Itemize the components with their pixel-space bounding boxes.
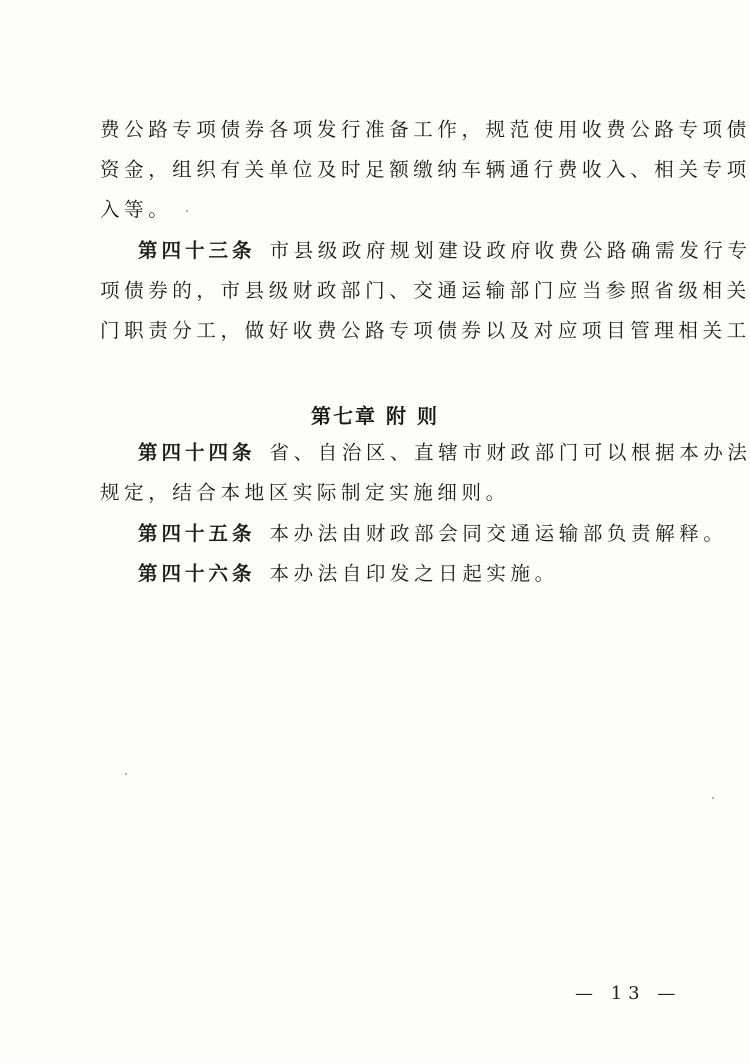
article-46: 第四十六条本办法自印发之日起实施。 (138, 562, 680, 586)
paragraph-line: 规定，结合本地区实际制定实施细则。 (100, 481, 680, 505)
paragraph-line: 资金，组织有关单位及时足额缴纳车辆通行费收入、相关专项收 (100, 158, 680, 182)
paragraph-line: 费公路专项债券各项发行准备工作，规范使用收费公路专项债券 (100, 118, 680, 142)
article-label: 第四十五条 (138, 522, 256, 545)
page-number: — 13 — (575, 983, 681, 1004)
article-text: 本办法自印发之日起实施。 (270, 562, 559, 585)
article-text: 市县级政府规划建设政府收费公路确需发行专 (270, 239, 750, 262)
article-label: 第四十三条 (138, 239, 256, 262)
chapter-title: 第七章 附 则 (0, 400, 750, 429)
document-page: 费公路专项债券各项发行准备工作，规范使用收费公路专项债券 资金，组织有关单位及时… (0, 0, 750, 1063)
article-text: 省、自治区、直辖市财政部门可以根据本办法 (270, 441, 750, 464)
article-44: 第四十四条省、自治区、直辖市财政部门可以根据本办法 (138, 441, 680, 465)
scan-speck (712, 797, 714, 799)
article-45: 第四十五条本办法由财政部会同交通运输部负责解释。 (138, 522, 680, 546)
article-label: 第四十六条 (138, 562, 256, 585)
article-43: 第四十三条市县级政府规划建设政府收费公路确需发行专 (138, 239, 680, 263)
paragraph-line: 门职责分工，做好收费公路专项债券以及对应项目管理相关工作。 (100, 319, 680, 343)
scan-speck (125, 773, 127, 775)
article-label: 第四十四条 (138, 441, 256, 464)
article-text: 本办法由财政部会同交通运输部负责解释。 (270, 522, 728, 545)
scan-speck (186, 210, 188, 212)
paragraph-line: 项债券的，市县级财政部门、交通运输部门应当参照省级相关部 (100, 279, 680, 303)
